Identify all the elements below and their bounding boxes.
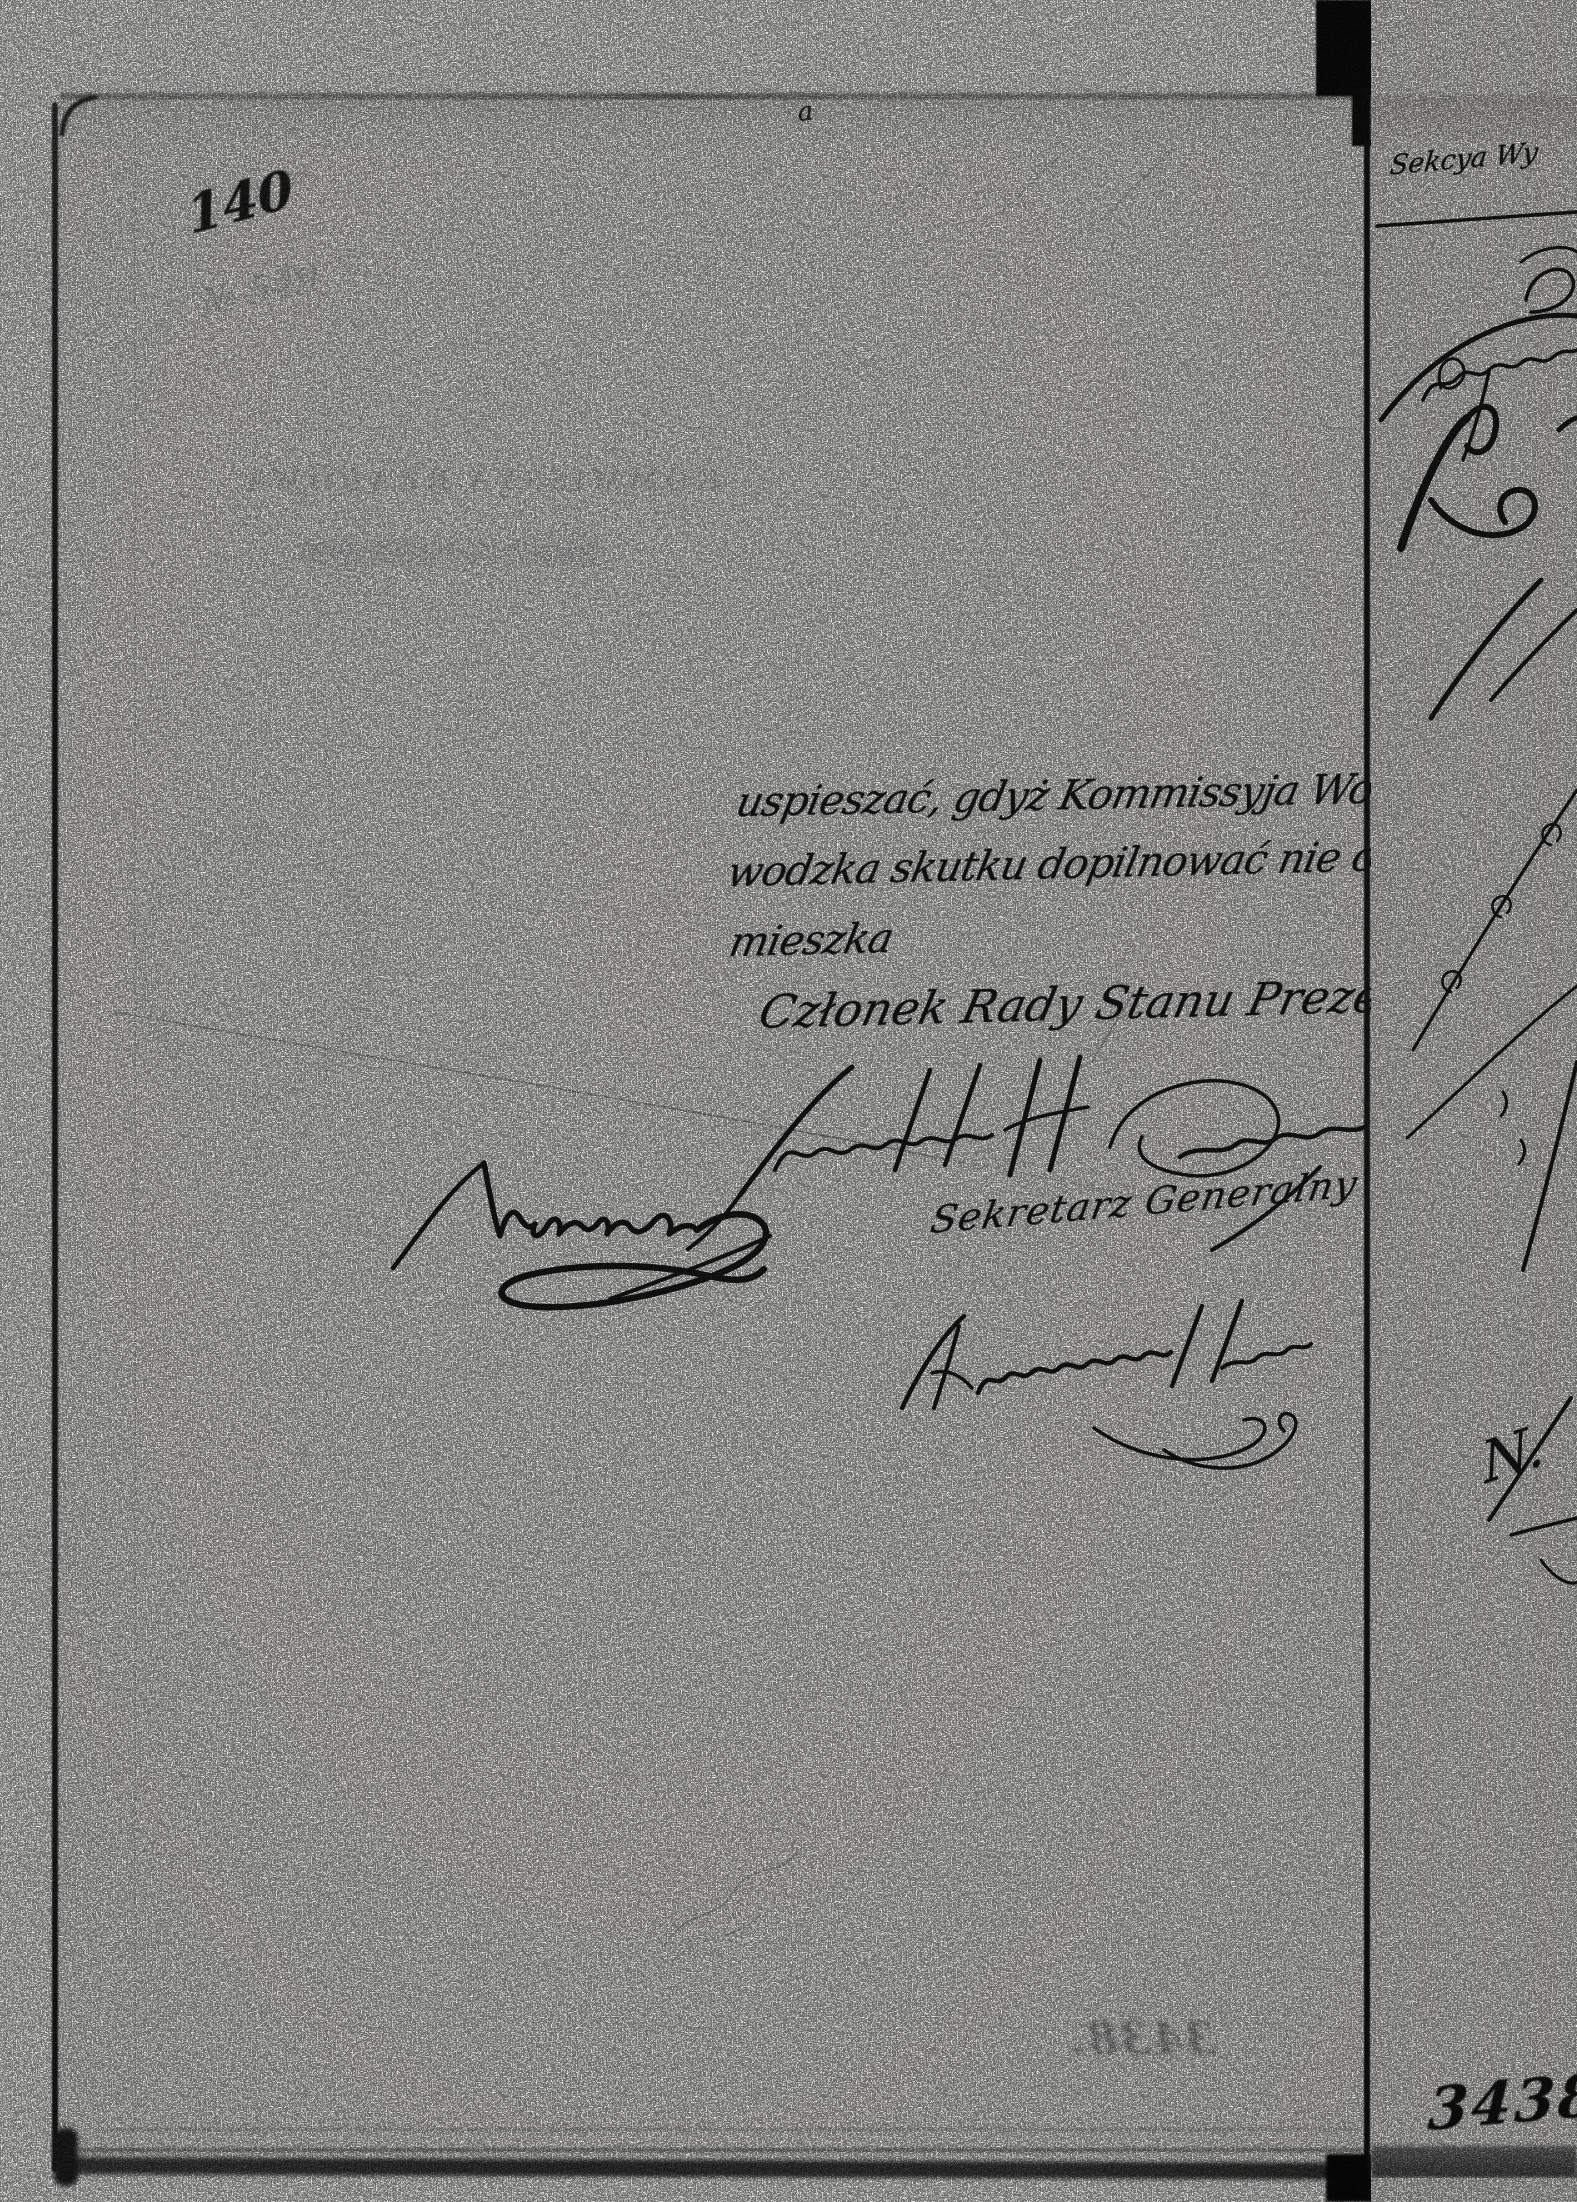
bottom-bleed-number-wrap: 3438. bbox=[1068, 2014, 1216, 2065]
pencil-scribble-2 bbox=[672, 1915, 760, 1962]
diagonal-fragment-1 bbox=[1431, 580, 1541, 718]
book-gutter-top-bar bbox=[1316, 0, 1378, 96]
bleedthrough-smudge bbox=[300, 540, 600, 566]
faint-stamp-circle bbox=[143, 833, 367, 1097]
diagonal-script-1-loop-a bbox=[1442, 971, 1460, 992]
flourish-curl-top bbox=[1526, 269, 1573, 312]
diagonal-script-3 bbox=[1523, 1062, 1577, 1270]
section-header-underline bbox=[1377, 212, 1577, 226]
note-mark-underline bbox=[1511, 1518, 1577, 1535]
flourish-curl-top-2 bbox=[1521, 247, 1577, 262]
comma-mark-2 bbox=[1519, 1140, 1525, 1164]
corner-curve bbox=[62, 97, 95, 134]
monogram-stroke-4 bbox=[1559, 418, 1577, 430]
monogram-stroke-3 bbox=[1431, 490, 1535, 535]
bottom-bleed-number: 3438. bbox=[1068, 2014, 1216, 2065]
bleed-stroke-2 bbox=[1000, 154, 1062, 214]
monogram-stroke-2 bbox=[1467, 407, 1496, 452]
bleed-stroke-3 bbox=[1102, 150, 1172, 220]
diagonal-script-1 bbox=[1413, 790, 1577, 1050]
corner-ink-mark: a bbox=[796, 96, 815, 127]
docket-number: 3438 bbox=[1427, 2060, 1577, 2144]
flourish-arch bbox=[1381, 315, 1577, 420]
note-mark-tail bbox=[1541, 1560, 1577, 1583]
secretary-signature bbox=[862, 1268, 1352, 1488]
scanned-document: 140 № 549 a KOMMISSYA RZĄDOWA uspieszać,… bbox=[0, 0, 1577, 2202]
pencil-scribble-1 bbox=[665, 1850, 798, 1945]
comma-mark-1 bbox=[1501, 1092, 1507, 1116]
bleed-stroke-1 bbox=[900, 160, 942, 206]
diagonal-script-2 bbox=[1407, 986, 1577, 1138]
bleedthrough-title: KOMMISSYA RZĄDOWA bbox=[238, 462, 720, 498]
book-gutter-line bbox=[1364, 140, 1370, 2164]
left-signature bbox=[378, 1118, 778, 1318]
right-page-flourishes bbox=[1371, 0, 1577, 2202]
monogram-stroke-1 bbox=[1401, 418, 1467, 548]
bleedthrough-title-wrap: KOMMISSYA RZĄDOWA bbox=[238, 462, 758, 498]
body-line-3: mieszka bbox=[725, 914, 897, 966]
